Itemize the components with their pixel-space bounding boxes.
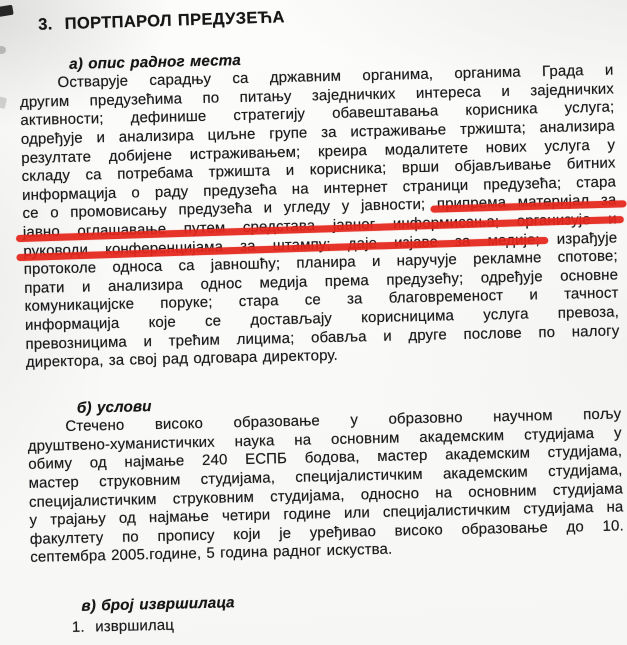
title-number: 3. (38, 15, 53, 34)
section-a-paragraph: Остварује сарадњу са државним органима, … (19, 62, 620, 373)
section-a-paragraph-wrap: Остварује сарадњу са државним органима, … (19, 62, 620, 373)
scan-artifact (0, 96, 7, 109)
section-b-paragraph: Стечено високо образовање у образовно на… (27, 406, 624, 568)
section-b-paragraph-wrap: Стечено високо образовање у образовно на… (27, 406, 624, 568)
document-title: 3. ПОРТПАРОЛ ПРЕДУЗЕЋА (38, 0, 612, 34)
document-content: 3. ПОРТПАРОЛ ПРЕДУЗЕЋА а) опис радног ме… (18, 1, 626, 639)
scan-artifact (0, 5, 14, 18)
scanned-document-page: 3. ПОРТПАРОЛ ПРЕДУЗЕЋА а) опис радног ме… (0, 0, 627, 645)
section-conditions: б) услови Стечено високо образовање у об… (27, 387, 625, 568)
section-number-of-executors: в) број извршилаца 1. извршилац (31, 585, 626, 638)
scan-artifact (0, 46, 6, 54)
title-text: ПОРТПАРОЛ ПРЕДУЗЕЋА (64, 8, 285, 33)
section-job-description: а) опис радног места Остварује сарадњу с… (19, 43, 620, 372)
